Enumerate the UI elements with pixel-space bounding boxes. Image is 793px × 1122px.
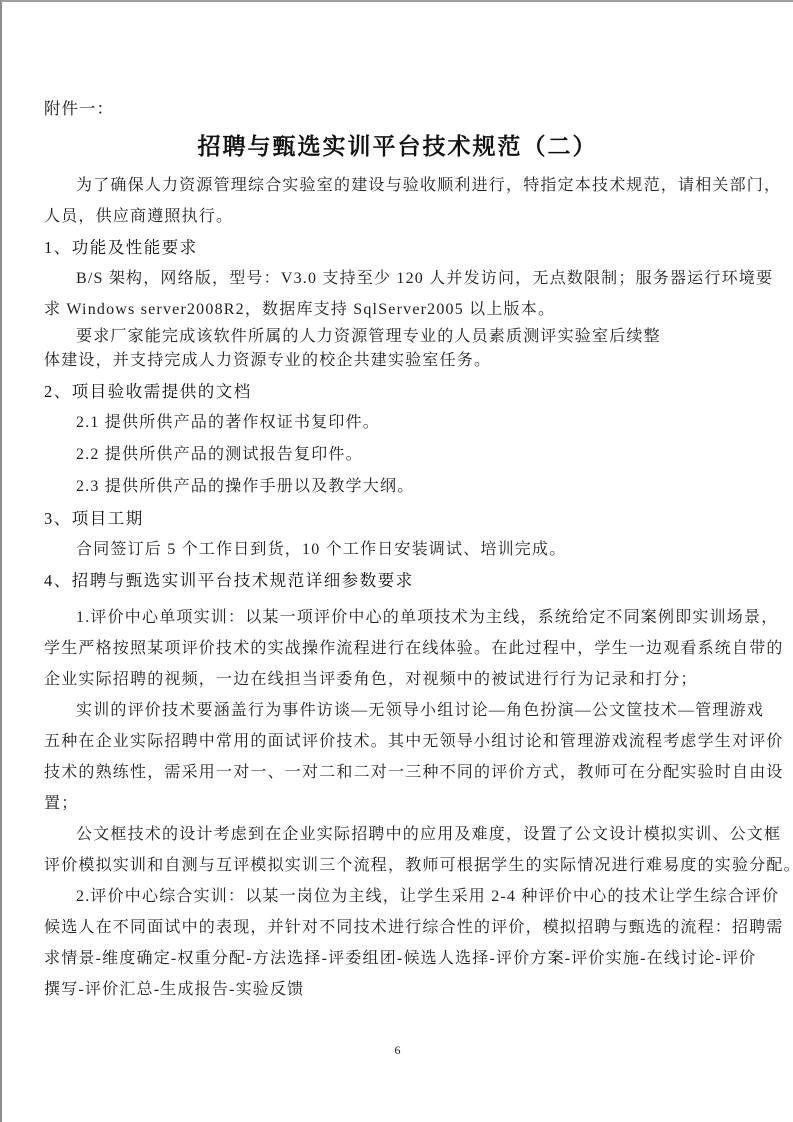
section-1-paragraph: B/S 架构，网络版，型号：V3.0 支持至少 120 人并发访问，无点数限制；… bbox=[44, 263, 751, 325]
body-line: 1.评价中心单项实训：以某一项评价中心的单项技术为主线，系统给定不同案例即实训场… bbox=[44, 602, 751, 633]
body-line: 要求厂家能完成该软件所属的人力资源管理专业的人员素质测评实验室后续整 bbox=[44, 325, 751, 349]
section-2-heading: 2、项目验收需提供的文档 bbox=[44, 376, 751, 407]
document-page: 附件一： 招聘与甄选实训平台技术规范（二） 为了确保人力资源管理综合实验室的建设… bbox=[0, 0, 793, 1122]
body-line: 学生严格按照某项评价技术的实战操作流程进行在线体验。在此过程中，学生一边观看系统… bbox=[44, 633, 751, 664]
body-line: 合同签订后 5 个工作日到货，10 个工作日安装调试、培训完成。 bbox=[44, 534, 751, 565]
section-4-paragraph: 1.评价中心单项实训：以某一项评价中心的单项技术为主线，系统给定不同案例即实训场… bbox=[44, 602, 751, 695]
section-3-paragraph: 合同签订后 5 个工作日到货，10 个工作日安装调试、培训完成。 bbox=[44, 534, 751, 565]
body-line: 实训的评价技术要涵盖行为事件访谈—无领导小组讨论—角色扮演—公文筐技术—管理游戏 bbox=[44, 695, 751, 726]
body-line: 求情景-维度确定-权重分配-方法选择-评委组团-候选人选择-评价方案-评价实施-… bbox=[44, 943, 751, 974]
section-4-paragraph: 实训的评价技术要涵盖行为事件访谈—无领导小组讨论—角色扮演—公文筐技术—管理游戏… bbox=[44, 695, 751, 819]
body-line: 公文框技术的设计考虑到在企业实际招聘中的应用及难度，设置了公文设计模拟实训、公文… bbox=[44, 819, 751, 850]
body-line: 2.评价中心综合实训：以某一岗位为主线，让学生采用 2-4 种评价中心的技术让学… bbox=[44, 881, 751, 912]
doc-item-line: 2.1 提供所供产品的著作权证书复印件。 bbox=[44, 407, 751, 439]
doc-item-line: 2.2 提供所供产品的测试报告复印件。 bbox=[44, 439, 751, 471]
intro-line: 为了确保人力资源管理综合实验室的建设与验收顺利进行，特指定本技术规范，请相关部门… bbox=[44, 170, 751, 201]
body-line: 置； bbox=[44, 788, 751, 819]
section-4-paragraph: 2.评价中心综合实训：以某一岗位为主线，让学生采用 2-4 种评价中心的技术让学… bbox=[44, 881, 751, 1005]
section-1-paragraph: 要求厂家能完成该软件所属的人力资源管理专业的人员素质测评实验室后续整 体建设，并… bbox=[44, 325, 751, 373]
body-line: 候选人在不同面试中的表现，并针对不同技术进行综合性的评价，模拟招聘与甄选的流程：… bbox=[44, 912, 751, 943]
intro-line: 人员，供应商遵照执行。 bbox=[44, 201, 751, 232]
intro-paragraph: 为了确保人力资源管理综合实验室的建设与验收顺利进行，特指定本技术规范，请相关部门… bbox=[44, 170, 751, 232]
body-line: 五种在企业实际招聘中常用的面试评价技术。其中无领导小组讨论和管理游戏流程考虑学生… bbox=[44, 726, 751, 757]
body-line: 撰写-评价汇总-生成报告-实验反馈 bbox=[44, 974, 751, 1005]
body-line: B/S 架构，网络版，型号：V3.0 支持至少 120 人并发访问，无点数限制；… bbox=[44, 263, 751, 294]
section-4-paragraph: 公文框技术的设计考虑到在企业实际招聘中的应用及难度，设置了公文设计模拟实训、公文… bbox=[44, 819, 751, 881]
section-2-list: 2.1 提供所供产品的著作权证书复印件。 2.2 提供所供产品的测试报告复印件。… bbox=[44, 407, 751, 503]
attachment-label: 附件一： bbox=[44, 97, 751, 121]
page-number: 6 bbox=[2, 1042, 793, 1058]
doc-item-line: 2.3 提供所供产品的操作手册以及教学大纲。 bbox=[44, 471, 751, 503]
body-line: 技术的熟练性，需采用一对一、一对二和二对一三种不同的评价方式，教师可在分配实验时… bbox=[44, 757, 751, 788]
body-line: 评价模拟实训和自测与互评模拟实训三个流程，教师可根据学生的实际情况进行难易度的实… bbox=[44, 850, 751, 881]
section-1-heading: 1、功能及性能要求 bbox=[44, 232, 751, 263]
section-3-heading: 3、项目工期 bbox=[44, 503, 751, 534]
body-line: 企业实际招聘的视频，一边在线担当评委角色，对视频中的被试进行行为记录和打分； bbox=[44, 664, 751, 695]
section-4-heading: 4、招聘与甄选实训平台技术规范详细参数要求 bbox=[44, 565, 751, 596]
body-line: 求 Windows server2008R2，数据库支持 SqlServer20… bbox=[44, 294, 751, 325]
document-title: 招聘与甄选实训平台技术规范（二） bbox=[44, 131, 751, 163]
body-line: 体建设，并支持完成人力资源专业的校企共建实验室任务。 bbox=[44, 349, 751, 373]
